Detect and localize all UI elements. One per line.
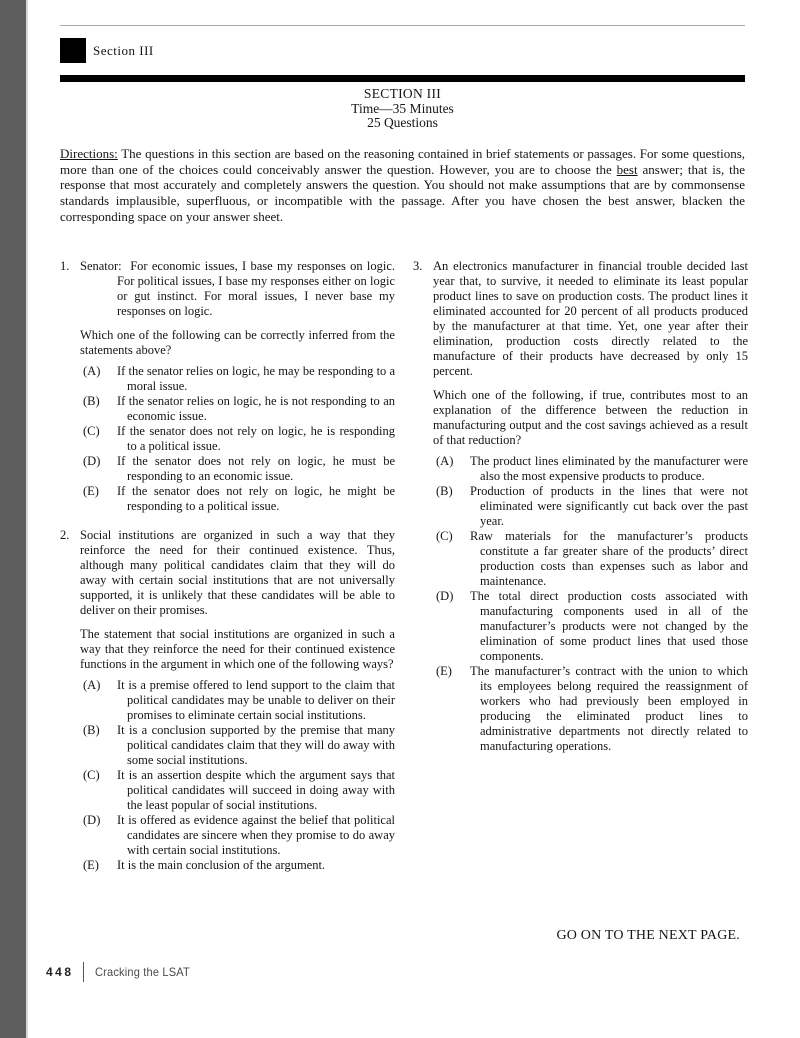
answer-choice[interactable]: (C) If the senator does not rely on logi… (80, 424, 395, 454)
question-2-choices: (A) It is a premise offered to lend supp… (80, 678, 395, 873)
answer-choice[interactable]: (D) If the senator does not rely on logi… (80, 454, 395, 484)
question-2-stem: The statement that social institutions a… (80, 627, 395, 672)
choice-text: It is a conclusion supported by the prem… (117, 723, 395, 768)
question-2: 2. Social institutions are organized in … (60, 528, 395, 873)
choice-text: If the senator relies on logic, he may b… (117, 364, 395, 394)
page-footer: 448 Cracking the LSAT (46, 962, 198, 982)
choice-letter: (B) (83, 394, 117, 424)
question-1-stimulus: Senator: For economic issues, I base my … (80, 259, 395, 319)
question-columns: 1. Senator: For economic issues, I base … (60, 259, 748, 887)
question-1-body: Senator: For economic issues, I base my … (80, 259, 395, 514)
left-column: 1. Senator: For economic issues, I base … (60, 259, 395, 887)
choice-letter: (A) (83, 678, 117, 723)
answer-choice[interactable]: (A) The product lines eliminated by the … (433, 454, 748, 484)
question-1-number: 1. (60, 259, 80, 514)
directions-paragraph: Directions: The questions in this sectio… (60, 146, 745, 225)
choice-letter: (D) (83, 813, 117, 858)
top-rule-line (60, 25, 745, 26)
choice-text: The total direct production costs associ… (470, 589, 748, 664)
choice-letter: (A) (436, 454, 470, 484)
section-tab-square (60, 38, 86, 63)
choice-letter: (C) (436, 529, 470, 589)
choice-text: If the senator relies on logic, he is no… (117, 394, 395, 424)
section-question-count: 25 Questions (60, 116, 745, 131)
section-time-limit: Time—35 Minutes (60, 102, 745, 117)
choice-letter: (E) (83, 858, 117, 873)
footer-divider (83, 962, 84, 982)
question-3-body: An electronics manufacturer in financial… (433, 259, 748, 754)
choice-letter: (D) (436, 589, 470, 664)
question-1: 1. Senator: For economic issues, I base … (60, 259, 395, 514)
question-2-stimulus: Social institutions are organized in suc… (80, 528, 395, 618)
choice-text: Production of products in the lines that… (470, 484, 748, 529)
book-title: Cracking the LSAT (95, 965, 190, 979)
choice-letter: (A) (83, 364, 117, 394)
choice-letter: (C) (83, 768, 117, 813)
right-column: 3. An electronics manufacturer in financ… (413, 259, 748, 887)
choice-text: It is the main conclusion of the argumen… (117, 858, 395, 873)
question-3-stem: Which one of the following, if true, con… (433, 388, 748, 448)
page-number: 448 (46, 965, 74, 979)
answer-choice[interactable]: (E) The manufacturer’s contract with the… (433, 664, 748, 754)
question-3-stimulus: An electronics manufacturer in financial… (433, 259, 748, 379)
answer-choice[interactable]: (A) It is a premise offered to lend supp… (80, 678, 395, 723)
question-2-body: Social institutions are organized in suc… (80, 528, 395, 873)
choice-text: The manufacturer’s contract with the uni… (470, 664, 748, 754)
answer-choice[interactable]: (B) It is a conclusion supported by the … (80, 723, 395, 768)
answer-choice[interactable]: (E) If the senator does not rely on logi… (80, 484, 395, 514)
answer-choice[interactable]: (D) The total direct production costs as… (433, 589, 748, 664)
choice-text: If the senator does not rely on logic, h… (117, 484, 395, 514)
question-3-number: 3. (413, 259, 433, 754)
question-1-stem: Which one of the following can be correc… (80, 328, 395, 358)
choice-text: It is a premise offered to lend support … (117, 678, 395, 723)
choice-letter: (D) (83, 454, 117, 484)
answer-choice[interactable]: (A) If the senator relies on logic, he m… (80, 364, 395, 394)
answer-choice[interactable]: (E) It is the main conclusion of the arg… (80, 858, 395, 873)
header-divider-bar (60, 75, 745, 82)
section-title: SECTION III (60, 87, 745, 102)
question-1-choices: (A) If the senator relies on logic, he m… (80, 364, 395, 514)
answer-choice[interactable]: (C) Raw materials for the manufacturer’s… (433, 529, 748, 589)
choice-letter: (E) (83, 484, 117, 514)
section-tab-label: Section III (93, 43, 154, 59)
choice-text: Raw materials for the manufacturer’s pro… (470, 529, 748, 589)
choice-text: It is offered as evidence against the be… (117, 813, 395, 858)
scanned-page-edge (0, 0, 28, 1038)
continue-notice: GO ON TO THE NEXT PAGE. (556, 928, 740, 944)
question-3: 3. An electronics manufacturer in financ… (413, 259, 748, 754)
choice-letter: (B) (436, 484, 470, 529)
answer-choice[interactable]: (B) If the senator relies on logic, he i… (80, 394, 395, 424)
choice-text: It is an assertion despite which the arg… (117, 768, 395, 813)
directions-emphasized-word: best (617, 162, 638, 177)
question-2-number: 2. (60, 528, 80, 873)
directions-label: Directions: (60, 146, 118, 161)
choice-letter: (B) (83, 723, 117, 768)
choice-text: The product lines eliminated by the manu… (470, 454, 748, 484)
choice-letter: (C) (83, 424, 117, 454)
section-heading: SECTION III Time—35 Minutes 25 Questions (60, 87, 745, 131)
question-3-choices: (A) The product lines eliminated by the … (433, 454, 748, 754)
choice-text: If the senator does not rely on logic, h… (117, 424, 395, 454)
answer-choice[interactable]: (B) Production of products in the lines … (433, 484, 748, 529)
answer-choice[interactable]: (C) It is an assertion despite which the… (80, 768, 395, 813)
choice-letter: (E) (436, 664, 470, 754)
choice-text: If the senator does not rely on logic, h… (117, 454, 395, 484)
answer-choice[interactable]: (D) It is offered as evidence against th… (80, 813, 395, 858)
